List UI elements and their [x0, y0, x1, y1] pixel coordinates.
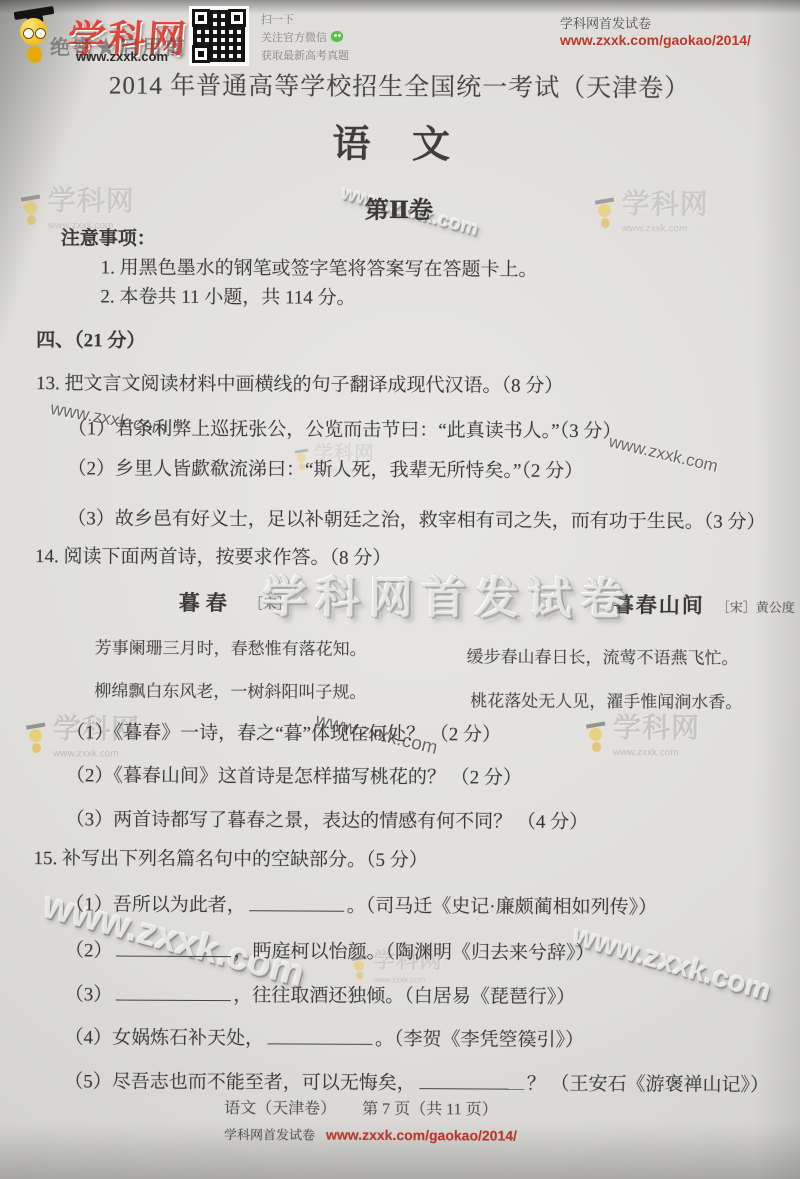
mascot-icon: [26, 723, 48, 753]
q15-stem: 15. 补写出下列名篇名句中的空缺部分。（5 分）: [33, 847, 427, 873]
poem-left-line-1: 芳事阑珊三月时，春愁惟有落花知。: [95, 637, 367, 660]
watermark-logo: 学科网 www.zxxk.com: [586, 715, 700, 760]
q14-item-3: （3）两首诗都写了暮春之景，表达的情感有何不同？ （4 分）: [66, 808, 589, 834]
answer-blank: [419, 1074, 524, 1090]
watermark-url-text: www.zxxk.com: [53, 748, 119, 759]
q15-item-4: （4）女娲炼石补天处，。（李贺《李凭箜篌引》）: [64, 1026, 584, 1052]
q15-item-4-post: 。（李贺《李凭箜篌引》）: [375, 1029, 584, 1051]
watermark-banner: 学科网首发试卷: [263, 576, 634, 622]
answer-blank: [249, 896, 344, 911]
poem-right-title: 暮春山间: [613, 592, 705, 619]
watermark-url-text: www.zxxk.com: [373, 976, 425, 985]
q13-stem: 13. 把文言文阅读材料中画横线的句子翻译成现代汉语。（8 分）: [36, 372, 563, 399]
q13-item-3: （3）故乡邑有好义士，足以补朝廷之治，救宰相有司之失，而有功于生民。（3 分）: [67, 507, 765, 534]
volume-heading: 第Ⅱ卷: [0, 194, 799, 228]
poem-right-line-2: 桃花落处无人见，濯手惟闻涧水香。: [470, 690, 742, 713]
q13-item-1: （1）君条利弊上巡抚张公，公览而击节曰：“此真读书人。”（3 分）: [68, 417, 622, 444]
section-four-heading: 四、（21 分）: [36, 329, 145, 353]
poem-left-author: ［宋］: [249, 596, 291, 614]
notice-heading: 注意事项：: [61, 227, 156, 251]
watermark-url: www.zxxk.com: [568, 919, 774, 1008]
q15-item-2-pre: （2）: [65, 940, 113, 961]
scanned-exam-page: 学科网 绝密★启用前 www.zxxk.com 扫一下 关注官方微信 获取最新高…: [0, 0, 800, 1179]
subject-title: 语 文: [0, 120, 799, 172]
poem-left-title: 暮春: [179, 590, 233, 617]
q15-item-3-post: ，往往取酒还独倾。（白居易《琵琶行》）: [233, 985, 575, 1008]
poem-right-author: ［宋］黄公度: [717, 600, 795, 617]
q14-stem: 14. 阅读下面两首诗，按要求作答。（8 分）: [35, 545, 391, 571]
q15-item-5: （5）尽吾志也而不能至者，可以无悔矣，？ （王安石《游褒禅山记》）: [64, 1070, 769, 1097]
answer-blank: [115, 986, 230, 1002]
q15-item-1: （1）吾所以为此者，。（司马迁《史记·廉颇蔺相如列传》）: [65, 893, 657, 920]
answer-blank: [267, 1029, 372, 1045]
q14-item-2: （2）《暮春山间》这首诗是怎样描写桃花的？ （2 分）: [66, 764, 522, 790]
q15-item-5-pre: （5）尽吾志也而不能至者，可以无悔矣，: [64, 1071, 416, 1094]
answer-blank: [116, 942, 231, 958]
q15-item-4-pre: （4）女娲炼石补天处，: [65, 1027, 265, 1049]
watermark-brand-text: 学科网: [613, 713, 700, 744]
q15-item-2-post: ，眄庭柯以怡颜。（陶渊明《归去来兮辞》）: [233, 941, 594, 964]
footer-page-number: 第 7 页（共 11 页）: [362, 1100, 498, 1121]
watermark-url: www.zxxk.com: [607, 432, 720, 477]
poem-right-line-1: 缓步春山春日长，流莺不语燕飞忙。: [467, 646, 739, 669]
q15-item-1-pre: （1）吾所以为此者，: [65, 894, 246, 916]
footer-source-url: www.zxxk.com/gaokao/2014/: [326, 1127, 517, 1145]
footer-source-label: 学科网首发试卷: [224, 1127, 315, 1144]
q15-item-3-pre: （3）: [65, 984, 113, 1005]
q13-item-2: （2）乡里人皆歔欷流涕曰：“斯人死，我辈无所恃矣。”（2 分）: [67, 457, 583, 483]
q14-item-1: （1）《暮春》一诗，春之“暮”体现在何处？ （2 分）: [66, 721, 501, 747]
q15-item-3: （3），往往取酒还独倾。（白居易《琵琶行》）: [65, 983, 576, 1009]
watermark-url-text: www.zxxk.com: [613, 747, 679, 758]
q15-item-2: （2），眄庭柯以怡颜。（陶渊明《归去来兮辞》）: [65, 939, 595, 966]
q15-item-5-post: ？ （王安石《游褒禅山记》）: [527, 1074, 769, 1096]
notice-item-2: 2. 本卷共 11 小题，共 114 分。: [100, 285, 355, 310]
footer-paper-label: 语文（天津卷）: [224, 1099, 336, 1120]
notice-item-1: 1. 用黑色墨水的钢笔或签字笔将答案写在答题卡上。: [101, 256, 538, 282]
exam-title: 2014 年普通高等学校招生全国统一考试（天津卷）: [0, 70, 800, 105]
mascot-icon: [586, 722, 608, 752]
q15-item-1-post: 。（司马迁《史记·廉颇蔺相如列传》）: [347, 896, 657, 919]
poem-left-line-2: 柳绵飘白东风老，一树斜阳叫子规。: [94, 680, 366, 703]
